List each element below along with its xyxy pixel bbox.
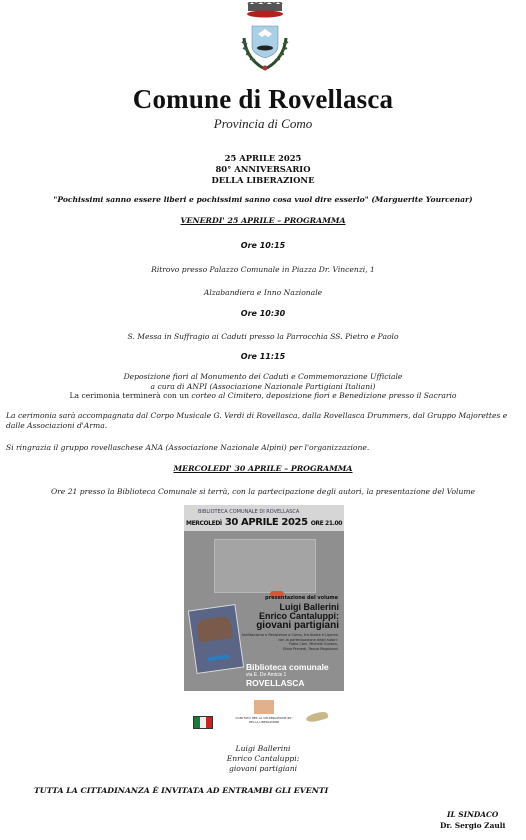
poster-venue: Biblioteca comunale via E. De Amicis 1 R… (246, 663, 329, 687)
ceremony-end-text: La cerimonia terminerà con un (69, 391, 189, 400)
page-subtitle: Provincia di Como (0, 116, 526, 132)
event-time: Ore 10:15 (0, 241, 526, 250)
poster-venue-town: ROVELLASCA (246, 679, 329, 687)
coat-of-arms-icon (230, 2, 300, 80)
occasion-event: DELLA LIBERAZIONE (0, 175, 526, 186)
day2-intro: Ore 21 presso la Biblioteca Comunale si … (0, 487, 526, 496)
signature-name: Dr. Sergio Zauli (440, 820, 505, 831)
logo-caption: COMITATO PER LA CELEBRAZIONE 80° DELLA L… (234, 716, 294, 724)
book-title: Luigi Ballerini Enrico Cantaluppi: giova… (0, 744, 526, 774)
book-band (207, 654, 229, 661)
day2-heading: MERCOLEDI' 30 APRILE – PROGRAMMA (0, 464, 526, 473)
day1-heading: VENERDI' 25 APRILE – PROGRAMMA (0, 216, 526, 225)
poster-weekday: MERCOLEDÌ (186, 520, 222, 527)
signature-role: IL SINDACO (440, 809, 505, 820)
book-title-line: giovani partigiani (0, 764, 526, 774)
book-title-line: Luigi Ballerini (0, 744, 526, 754)
event-description: Ritrovo presso Palazzo Comunale in Piazz… (0, 265, 526, 274)
poster-book-title: Luigi Ballerini Enrico Cantaluppi: giova… (256, 603, 339, 630)
quote: "Pochissimi sanno essere liberi e pochis… (0, 195, 526, 204)
logo-graphic (305, 710, 328, 723)
ceremony-procession-text: corteo al Cimitero, deposizione fiori e … (191, 391, 456, 400)
event-poster: BIBLIOTECA COMUNALE DI ROVELLASCA MERCOL… (184, 505, 344, 691)
poster-date: MERCOLEDÌ 30 APRILE 2025 ORE 21.00 (186, 517, 342, 528)
event-description: Alzabandiera e Inno Nazionale (0, 288, 526, 297)
book-title-line: Enrico Cantaluppi: (0, 754, 526, 764)
thanks-text: Si ringrazia il gruppo rovellaschese ANA… (6, 443, 526, 452)
poster-details: Antifascismo e Resistenza a Como, tra Al… (242, 633, 338, 651)
poster-subtitle: Antifascismo e Resistenza a Como, tra Al… (242, 633, 338, 638)
event-description: Deposizione fiori al Monumento dei Cadut… (0, 372, 526, 381)
portrait-image (196, 616, 233, 643)
poster-authors: Silvia Prevedi, Renzo Regazzoni (242, 647, 338, 652)
poster-library: BIBLIOTECA COMUNALE DI ROVELLASCA (198, 509, 299, 515)
event-time: Ore 11:15 (0, 352, 526, 361)
signature: IL SINDACO Dr. Sergio Zauli (440, 809, 505, 831)
invitation-text: TUTTA LA CITTADINANZA È INVITATA AD ENTR… (34, 786, 328, 795)
occasion-anniversary: 80° ANNIVERSARIO (0, 164, 526, 175)
memorial-plaque-image (214, 539, 316, 593)
page-title: Comune di Rovellasca (0, 84, 526, 115)
poster-date-value: 30 APRILE 2025 (225, 517, 308, 528)
poster-venue-name: Biblioteca comunale (246, 663, 329, 671)
comitato-80-liberazione-logo-icon: COMITATO PER LA CELEBRAZIONE 80° DELLA L… (234, 700, 294, 728)
poster-title-line: giovani partigiani (256, 621, 339, 630)
poster-time: ORE 21.00 (311, 520, 342, 527)
book-cover-image (188, 604, 244, 674)
ana-alpini-logo-icon (306, 713, 336, 727)
accompaniment-text: La cerimonia sarà accompagnata dal Corpo… (6, 411, 526, 431)
poster-header: BIBLIOTECA COMUNALE DI ROVELLASCA MERCOL… (184, 505, 344, 531)
event-description-line: La cerimonia terminerà con un corteo al … (0, 391, 526, 400)
event-time: Ore 10:30 (0, 309, 526, 318)
logo-graphic (254, 700, 274, 714)
poster-presentation: presentazione del volume (265, 595, 338, 601)
event-description: S. Messa in Suffragio ai Caduti presso l… (0, 332, 526, 341)
event-description: a cura di ANPI (Associazione Nazionale P… (0, 382, 526, 391)
occasion-date: 25 APRILE 2025 (0, 153, 526, 164)
anpi-logo-icon (193, 716, 213, 729)
